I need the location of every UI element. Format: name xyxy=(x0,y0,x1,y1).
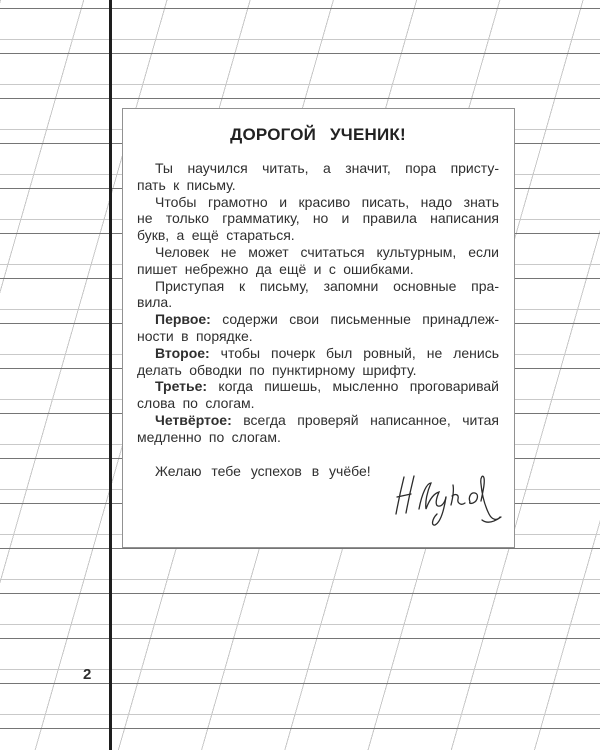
letter-body: Ты научился читать, а значит, пора прист… xyxy=(137,160,499,446)
page-number: 2 xyxy=(83,666,91,683)
text-line: Четвёртое: всегда проверяй написанное, ч… xyxy=(137,412,499,429)
paragraph: Третье: когда пишешь, мысленно проговари… xyxy=(137,378,499,412)
text-line: Человек не может считаться культурным, е… xyxy=(137,244,499,261)
text-line: не только грамматику, но и правила напис… xyxy=(137,210,499,227)
signature-drawing xyxy=(389,473,503,537)
paragraph: Второе: чтобы почерк был ровный, не лени… xyxy=(137,345,499,379)
text-line: Ты научился читать, а значит, пора прист… xyxy=(137,160,499,177)
paragraph: Чтобы грамотно и красиво писать, надо зн… xyxy=(137,194,499,244)
paragraph: Человек не может считаться культурным, е… xyxy=(137,244,499,278)
text-line: медленно по слогам. xyxy=(137,429,499,446)
signature xyxy=(389,473,503,537)
paragraph: Приступая к письму, запомни основные пра… xyxy=(137,278,499,312)
notebook-page: 2 ДОРОГОЙ УЧЕНИК! Ты научился читать, а … xyxy=(0,0,600,750)
paragraph: Первое: содержи свои письменные принадле… xyxy=(137,311,499,345)
text-line: Первое: содержи свои письменные принадле… xyxy=(137,311,499,328)
text-line: слова по слогам. xyxy=(137,395,499,412)
paragraph: Ты научился читать, а значит, пора прист… xyxy=(137,160,499,194)
text-line: ности в порядке. xyxy=(137,328,499,345)
text-line: Третье: когда пишешь, мысленно проговари… xyxy=(137,378,499,395)
text-line: пать к письму. xyxy=(137,177,499,194)
text-line: Приступая к письму, запомни основные пра… xyxy=(137,278,499,295)
letter-title: ДОРОГОЙ УЧЕНИК! xyxy=(137,125,499,145)
text-line: Второе: чтобы почерк был ровный, не лени… xyxy=(137,345,499,362)
text-line: делать обводки по пунктирному шрифту. xyxy=(137,362,499,379)
text-line: Чтобы грамотно и красиво писать, надо зн… xyxy=(137,194,499,211)
letter-box: ДОРОГОЙ УЧЕНИК! Ты научился читать, а зн… xyxy=(122,108,515,548)
margin-line xyxy=(109,0,112,750)
text-line: пишет небрежно да ещё и с ошибками. xyxy=(137,261,499,278)
text-line: букв, а ещё стараться. xyxy=(137,227,499,244)
paragraph: Четвёртое: всегда проверяй написанное, ч… xyxy=(137,412,499,446)
text-line: вила. xyxy=(137,294,499,311)
